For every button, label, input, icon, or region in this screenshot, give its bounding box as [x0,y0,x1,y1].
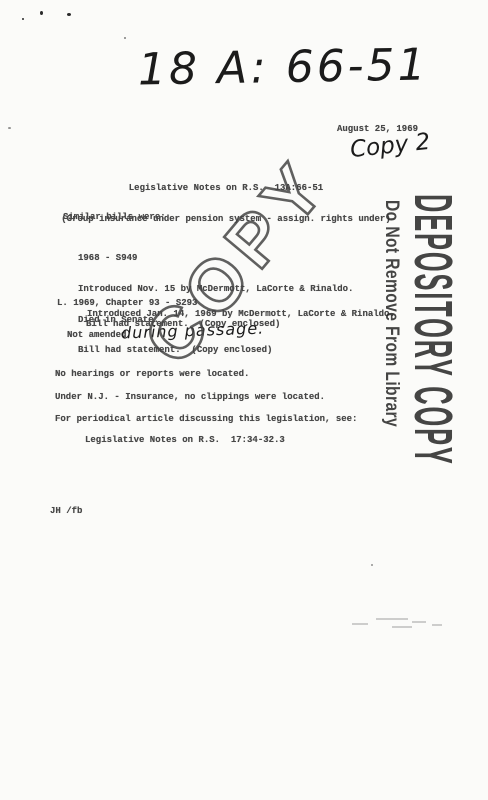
scan-speck [124,37,126,39]
copy-watermark-stamp: COPY [148,164,388,409]
note-periodical: For periodical article discussing this l… [55,414,357,424]
copy-watermark-text: COPY [129,144,345,379]
scan-speck [8,127,11,129]
scan-speck [40,11,43,15]
note-cross-reference: Legislative Notes on R.S. 17:34-32.3 [85,435,285,445]
scan-speck [371,564,373,566]
scan-speck [22,18,24,20]
scanned-document-page: 18 A: 66-51 August 25, 1969 Copy 2 Legis… [0,0,488,800]
depository-stamp: DEPOSITORY COPY Do Not Remove From Libra… [378,194,462,772]
typist-initials: JH /fb [50,506,82,516]
scan-speck [67,13,71,16]
scan-smudge [352,616,444,634]
depository-stamp-main-text: DEPOSITORY COPY [404,194,462,466]
handwritten-class-number: 18 A: 66-51 [138,39,429,95]
bill-1969-amended-typed: Not amended [67,330,126,340]
